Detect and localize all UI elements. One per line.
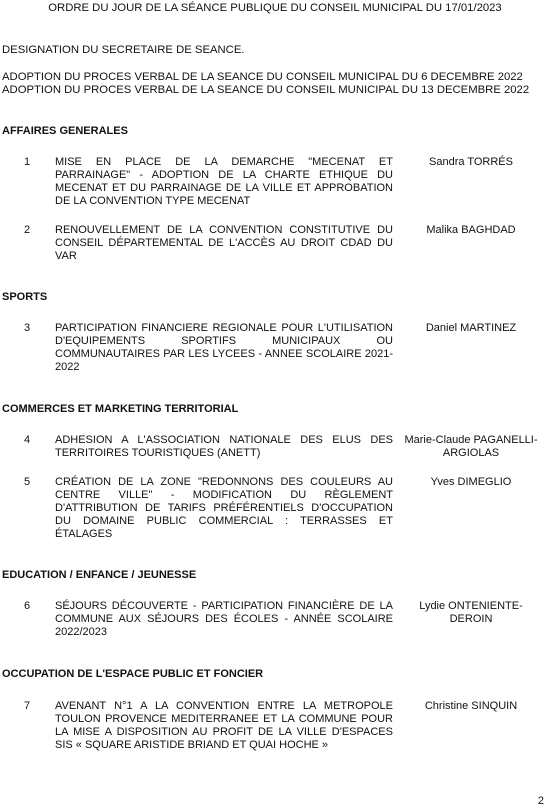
page-title: ORDRE DU JOUR DE LA SÉANCE PUBLIQUE DU C…: [0, 2, 550, 14]
section-title: OCCUPATION DE L'ESPACE PUBLIC ET FONCIER: [2, 668, 263, 680]
section-title: COMMERCES ET MARKETING TERRITORIAL: [2, 403, 238, 415]
item-rapporteur: Daniel MARTINEZ: [400, 322, 542, 335]
item-text: CRÉATION DE LA ZONE "REDONNONS DES COULE…: [55, 476, 393, 541]
item-rapporteur: Malika BAGHDAD: [400, 224, 542, 237]
item-rapporteur: Yves DIMEGLIO: [400, 476, 542, 489]
item-text: MISE EN PLACE DE LA DEMARCHE "MECENAT ET…: [55, 156, 393, 208]
item-number: 3: [24, 322, 30, 334]
preamble-pv-6-dec: ADOPTION DU PROCES VERBAL DE LA SEANCE D…: [2, 71, 523, 83]
section-title: EDUCATION / ENFANCE / JEUNESSE: [2, 569, 196, 581]
item-text: PARTICIPATION FINANCIERE REGIONALE POUR …: [55, 322, 393, 374]
preamble-secretary: DESIGNATION DU SECRETAIRE DE SEANCE.: [2, 44, 245, 56]
item-number: 5: [24, 476, 30, 488]
item-number: 1: [24, 156, 30, 168]
preamble-pv-13-dec: ADOPTION DU PROCES VERBAL DE LA SEANCE D…: [2, 84, 529, 96]
section-title: SPORTS: [2, 291, 47, 303]
item-text: ADHESION A L'ASSOCIATION NATIONALE DES E…: [55, 434, 393, 460]
page-number: 2: [538, 795, 544, 807]
item-text: RENOUVELLEMENT DE LA CONVENTION CONSTITU…: [55, 224, 393, 263]
item-number: 2: [24, 224, 30, 236]
item-text: SÉJOURS DÉCOUVERTE - PARTICIPATION FINAN…: [55, 600, 393, 639]
item-number: 6: [24, 600, 30, 612]
item-rapporteur: Sandra TORRÉS: [400, 156, 542, 169]
item-rapporteur: Marie-Claude PAGANELLI-ARGIOLAS: [400, 434, 542, 460]
section-title: AFFAIRES GENERALES: [2, 125, 128, 137]
item-rapporteur: Lydie ONTENIENTE-DEROIN: [400, 600, 542, 626]
item-number: 7: [24, 700, 30, 712]
item-rapporteur: Christine SINQUIN: [400, 700, 542, 713]
item-number: 4: [24, 434, 30, 446]
item-text: AVENANT N°1 A LA CONVENTION ENTRE LA MET…: [55, 700, 393, 752]
